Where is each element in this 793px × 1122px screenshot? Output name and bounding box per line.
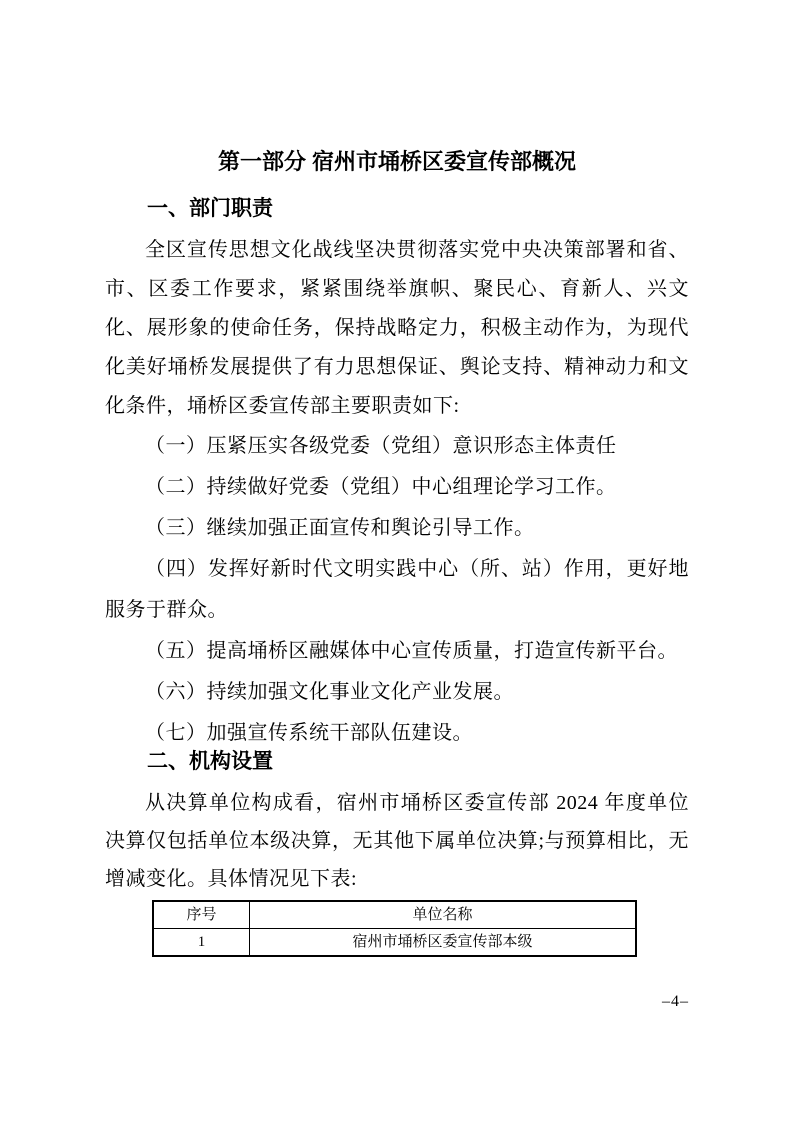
duty-item-3: （三）继续加强正面宣传和舆论引导工作。 — [105, 508, 689, 549]
duty-item-4: （四）发挥好新时代文明实践中心（所、站）作用，更好地服务于群众。 — [105, 549, 689, 631]
duty-item-6: （六）持续加强文化事业文化产业发展。 — [105, 672, 689, 713]
page-title: 第一部分 宿州市埇桥区委宣传部概况 — [105, 148, 689, 176]
unit-table-header-name: 单位名称 — [250, 901, 637, 929]
unit-table: 序号 单位名称 1 宿州市埇桥区委宣传部本级 — [152, 900, 637, 957]
duty-item-1: （一）压紧压实各级党委（党组）意识形态主体责任 — [105, 426, 689, 467]
table-row: 1 宿州市埇桥区委宣传部本级 — [153, 929, 636, 957]
duty-item-5: （五）提高埇桥区融媒体中心宣传质量，打造宣传新平台。 — [105, 631, 689, 672]
section2-intro-paragraph: 从决算单位构成看，宿州市埇桥区委宣传部 2024 年度单位决算仅包括单位本级决算… — [105, 784, 689, 898]
document-content: 第一部分 宿州市埇桥区委宣传部概况 一、部门职责 全区宣传思想文化战线坚决贯彻落… — [105, 148, 689, 957]
duty-item-2: （二）持续做好党委（党组）中心组理论学习工作。 — [105, 467, 689, 508]
unit-table-header-seq: 序号 — [153, 901, 250, 929]
unit-table-header-row: 序号 单位名称 — [153, 901, 636, 929]
section1-heading: 一、部门职责 — [105, 195, 689, 223]
unit-row-seq: 1 — [153, 929, 250, 957]
section1-intro-paragraph: 全区宣传思想文化战线坚决贯彻落实党中央决策部署和省、市、区委工作要求，紧紧围绕举… — [105, 231, 689, 426]
page-number: –4– — [662, 993, 689, 1011]
document-page: 第一部分 宿州市埇桥区委宣传部概况 一、部门职责 全区宣传思想文化战线坚决贯彻落… — [0, 0, 793, 1122]
unit-row-name: 宿州市埇桥区委宣传部本级 — [250, 929, 637, 957]
